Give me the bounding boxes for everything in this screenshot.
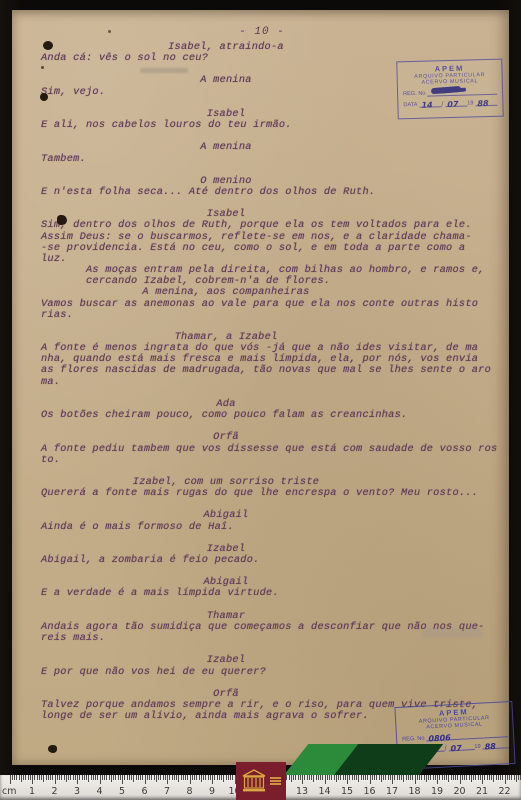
ruler-tick bbox=[448, 775, 449, 782]
ruler-tick bbox=[507, 775, 508, 780]
dialogue-block: AbigailAinda é o mais formoso de Haî. bbox=[41, 510, 506, 532]
ruler-tick bbox=[433, 775, 434, 780]
ruler-number: 1 bbox=[23, 786, 41, 797]
dialogue-block: A menina, aos companheirasVamos buscar a… bbox=[41, 287, 506, 320]
ruler-tick bbox=[439, 775, 440, 780]
ruler-tick bbox=[46, 775, 47, 780]
dialogue-block: A meninaTambem. bbox=[41, 142, 506, 164]
ruler-tick bbox=[482, 775, 483, 784]
script-line: E a verdade é a mais límpida virtude. bbox=[41, 588, 506, 599]
ruler-tick bbox=[131, 775, 132, 780]
ruler-tick bbox=[451, 775, 452, 780]
ink-dot bbox=[41, 66, 44, 69]
script-line: Sim, dentro dos olhos de Ruth, porque el… bbox=[41, 220, 506, 231]
ruler-tick bbox=[349, 775, 350, 780]
ruler-tick bbox=[55, 775, 56, 784]
ruler-tick bbox=[156, 775, 157, 782]
ruler-tick bbox=[421, 775, 422, 780]
ruler-tick bbox=[61, 775, 62, 780]
ruler-tick bbox=[484, 775, 485, 780]
handwritten-year: 88 bbox=[483, 742, 499, 752]
ruler-tick bbox=[232, 775, 233, 780]
ruler-tick bbox=[39, 775, 40, 780]
ruler-tick bbox=[95, 775, 96, 780]
ruler-tick bbox=[70, 775, 71, 780]
ruler-tick bbox=[473, 775, 474, 780]
ruler-tick bbox=[489, 775, 490, 780]
ruler-tick bbox=[430, 775, 431, 780]
ruler-tick bbox=[19, 775, 20, 780]
measurement-ruler: cm 1234567891013141516171819202122 bbox=[0, 775, 521, 800]
ruler-tick bbox=[149, 775, 150, 780]
ruler-tick bbox=[460, 775, 461, 784]
ruler-tick bbox=[322, 775, 323, 780]
ruler-tick bbox=[30, 775, 31, 780]
ruler-tick bbox=[410, 775, 411, 780]
script-line: -se providencia. Está no ceu, como o sol… bbox=[41, 243, 506, 254]
ruler-tick bbox=[93, 775, 94, 780]
ruler-tick bbox=[52, 775, 53, 780]
ruler-tick bbox=[462, 775, 463, 780]
paper-stain bbox=[422, 628, 482, 638]
ruler-tick bbox=[14, 775, 15, 780]
institution-logo bbox=[236, 762, 286, 800]
ruler-tick bbox=[487, 775, 488, 780]
ruler-tick bbox=[307, 775, 308, 780]
script-line: E n'esta folha seca... Até dentro dos ol… bbox=[41, 187, 506, 198]
ruler-number: 21 bbox=[473, 786, 491, 797]
ruler-tick bbox=[160, 775, 161, 780]
ruler-tick bbox=[185, 775, 186, 780]
punch-hole bbox=[40, 93, 48, 101]
ruler-tick bbox=[437, 775, 438, 784]
ruler-tick bbox=[178, 775, 179, 782]
script-line: to. bbox=[41, 455, 506, 466]
printed-year-prefix: 19 bbox=[474, 744, 481, 750]
ruler-tick bbox=[151, 775, 152, 780]
ruler-tick bbox=[493, 775, 494, 782]
ruler-tick bbox=[68, 775, 69, 780]
ruler-tick bbox=[25, 775, 26, 780]
ruler-tick bbox=[406, 775, 407, 780]
ruler-tick bbox=[480, 775, 481, 780]
script-line: E ali, nos cabelos louros do teu irmão. bbox=[41, 120, 506, 131]
ruler-tick bbox=[59, 775, 60, 780]
ruler-number: 14 bbox=[316, 786, 334, 797]
ruler-tick bbox=[340, 775, 341, 780]
ruler-tick bbox=[511, 775, 512, 780]
script-line: As moças entram pela direita, com bilhas… bbox=[86, 265, 501, 287]
ruler-tick bbox=[442, 775, 443, 780]
dialogue-block: Izabel, com um sorriso tristeQuererá a f… bbox=[41, 477, 506, 499]
pencil-smudge bbox=[140, 68, 188, 73]
ruler-tick bbox=[115, 775, 116, 780]
ruler-tick bbox=[174, 775, 175, 780]
ink-dot bbox=[108, 30, 111, 33]
ruler-tick bbox=[208, 775, 209, 780]
ruler-tick bbox=[392, 775, 393, 784]
ruler-tick bbox=[419, 775, 420, 780]
ruler-tick bbox=[172, 775, 173, 780]
reg-blank: 0806 bbox=[426, 729, 508, 741]
punch-hole bbox=[57, 215, 67, 225]
ruler-tick bbox=[109, 775, 110, 780]
script-line: Quererá a fonte mais rugas do que lhe en… bbox=[41, 488, 506, 499]
ruler-tick bbox=[57, 775, 58, 780]
ruler-tick bbox=[122, 775, 123, 784]
ruler-tick bbox=[127, 775, 128, 780]
ruler-tick bbox=[327, 775, 328, 780]
ruler-tick bbox=[505, 775, 506, 784]
script-line: Tambem. bbox=[41, 154, 506, 165]
ruler-tick bbox=[457, 775, 458, 780]
ruler-tick bbox=[379, 775, 380, 780]
ruler-tick bbox=[190, 775, 191, 784]
ruler-tick bbox=[50, 775, 51, 780]
speaker-heading: A menina bbox=[41, 75, 411, 86]
ruler-tick bbox=[192, 775, 193, 780]
ruler-tick bbox=[167, 775, 168, 784]
ruler-tick bbox=[230, 775, 231, 780]
ruler-tick bbox=[347, 775, 348, 784]
ruler-tick bbox=[331, 775, 332, 780]
ruler-tick bbox=[446, 775, 447, 780]
institution-building-icon bbox=[241, 769, 267, 793]
ruler-tick bbox=[136, 775, 137, 780]
dialogue-block: IsabelSim, dentro dos olhos de Ruth, por… bbox=[41, 209, 506, 265]
ruler-tick bbox=[354, 775, 355, 780]
scanner-bed: - 10 - APEM ARQUIVO PARTICULAR ACERVO MU… bbox=[0, 0, 521, 800]
ruler-tick bbox=[428, 775, 429, 780]
ruler-tick bbox=[316, 775, 317, 780]
speaker-heading: A menina bbox=[41, 142, 411, 153]
ruler-tick bbox=[64, 775, 65, 780]
ruler-tick bbox=[518, 775, 519, 780]
ruler-tick bbox=[417, 775, 418, 780]
ruler-tick bbox=[498, 775, 499, 780]
ruler-number: 9 bbox=[203, 786, 221, 797]
ruler-number: 6 bbox=[136, 786, 154, 797]
ruler-tick bbox=[352, 775, 353, 780]
ruler-tick bbox=[43, 775, 44, 782]
script-line: ma. bbox=[41, 377, 506, 388]
ruler-tick bbox=[118, 775, 119, 780]
ruler-tick bbox=[194, 775, 195, 780]
ruler-tick bbox=[444, 775, 445, 780]
ruler-tick bbox=[365, 775, 366, 780]
ruler-tick bbox=[32, 775, 33, 784]
ruler-tick bbox=[165, 775, 166, 780]
ruler-tick bbox=[343, 775, 344, 780]
ruler-tick bbox=[145, 775, 146, 784]
ruler-tick bbox=[311, 775, 312, 780]
ruler-tick bbox=[16, 775, 17, 780]
ruler-tick bbox=[300, 775, 301, 780]
ruler-tick bbox=[302, 775, 303, 784]
ruler-tick bbox=[356, 775, 357, 780]
ruler-tick bbox=[435, 775, 436, 780]
ruler-tick bbox=[77, 775, 78, 784]
ruler-tick bbox=[334, 775, 335, 780]
ruler-tick bbox=[138, 775, 139, 780]
ruler-tick bbox=[100, 775, 101, 784]
script-line: A fonte pediu tambem que vos dissesse qu… bbox=[41, 444, 506, 455]
dialogue-block: Isabel, atraindo-aAnda cá: vês o sol no … bbox=[41, 42, 506, 64]
script-line: Anda cá: vês o sol no ceu? bbox=[41, 53, 506, 64]
ruler-tick bbox=[111, 775, 112, 782]
ruler-tick bbox=[37, 775, 38, 780]
ruler-tick bbox=[293, 775, 294, 780]
ruler-tick bbox=[41, 775, 42, 780]
ruler-tick bbox=[142, 775, 143, 780]
ruler-tick bbox=[329, 775, 330, 780]
ruler-tick bbox=[399, 775, 400, 780]
dialogue-block: A meninaSim, vejo. bbox=[41, 75, 506, 97]
dialogue-block: IsabelE ali, nos cabelos louros do teu i… bbox=[41, 109, 506, 131]
ruler-tick bbox=[397, 775, 398, 780]
ruler-unit-label: cm bbox=[2, 786, 16, 797]
dialogue-block: IzabelE por que não vos hei de eu querer… bbox=[41, 655, 506, 677]
ruler-tick bbox=[464, 775, 465, 780]
ruler-tick bbox=[154, 775, 155, 780]
ruler-tick bbox=[318, 775, 319, 780]
ruler-tick bbox=[73, 775, 74, 780]
ruler-tick bbox=[455, 775, 456, 780]
ruler-number: 16 bbox=[361, 786, 379, 797]
speaker-heading: A menina, aos companheiras bbox=[41, 287, 411, 298]
ruler-tick bbox=[295, 775, 296, 780]
ruler-tick bbox=[104, 775, 105, 780]
ruler-tick bbox=[401, 775, 402, 780]
script-line: as flores nascidas de madrugada, tão nov… bbox=[41, 365, 506, 376]
ruler-number: 2 bbox=[46, 786, 64, 797]
ruler-tick bbox=[219, 775, 220, 780]
ruler-tick bbox=[176, 775, 177, 780]
logo-text-lines bbox=[270, 777, 281, 785]
script-line: Vamos buscar as anemonas ao vale para qu… bbox=[41, 299, 506, 310]
script-line: Abigail, a zombaria é feio pecado. bbox=[41, 555, 506, 566]
ruler-tick bbox=[338, 775, 339, 780]
ruler-tick bbox=[140, 775, 141, 780]
ruler-tick bbox=[496, 775, 497, 780]
ruler-tick bbox=[147, 775, 148, 780]
year-blank: 88 bbox=[482, 740, 508, 749]
ruler-number: 5 bbox=[113, 786, 131, 797]
ruler-tick bbox=[158, 775, 159, 780]
ruler-tick bbox=[79, 775, 80, 780]
ruler-tick bbox=[106, 775, 107, 780]
ruler-tick bbox=[84, 775, 85, 780]
script-line: Ainda é o mais formoso de Haî. bbox=[41, 522, 506, 533]
dialogue-block: AbigailE a verdade é a mais límpida virt… bbox=[41, 577, 506, 599]
ruler-tick bbox=[502, 775, 503, 780]
speaker-heading: Orfã bbox=[41, 432, 411, 443]
ruler-tick bbox=[394, 775, 395, 780]
ruler-tick bbox=[66, 775, 67, 782]
ruler-tick bbox=[163, 775, 164, 780]
dialogue-block: Thamar, a IzabelA fonte é menos ingrata … bbox=[41, 332, 506, 388]
ruler-number: 3 bbox=[68, 786, 86, 797]
ruler-tick bbox=[214, 775, 215, 780]
ruler-tick bbox=[361, 775, 362, 780]
ruler-tick bbox=[388, 775, 389, 780]
ruler-tick bbox=[336, 775, 337, 782]
ruler-tick bbox=[133, 775, 134, 782]
ruler-tick bbox=[376, 775, 377, 780]
ruler-tick bbox=[291, 775, 292, 782]
dialogue-block: OrfãA fonte pediu tambem que vos dissess… bbox=[41, 432, 506, 465]
ruler-tick bbox=[23, 775, 24, 780]
ruler-tick bbox=[201, 775, 202, 782]
ruler-number: 13 bbox=[293, 786, 311, 797]
ruler-tick bbox=[385, 775, 386, 780]
ruler-tick bbox=[403, 775, 404, 782]
ruler-tick bbox=[289, 775, 290, 780]
ruler-tick bbox=[217, 775, 218, 780]
ruler-tick bbox=[345, 775, 346, 780]
ruler-tick bbox=[91, 775, 92, 780]
ruler-tick bbox=[424, 775, 425, 780]
ruler-tick bbox=[412, 775, 413, 780]
month-blank: 07 bbox=[448, 742, 474, 751]
document-page: - 10 - APEM ARQUIVO PARTICULAR ACERVO MU… bbox=[12, 10, 509, 765]
ruler-number: 15 bbox=[338, 786, 356, 797]
ruler-tick bbox=[453, 775, 454, 780]
ruler-tick bbox=[363, 775, 364, 780]
ruler-tick bbox=[181, 775, 182, 780]
ruler-tick bbox=[298, 775, 299, 780]
ruler-tick bbox=[367, 775, 368, 780]
ruler-tick bbox=[48, 775, 49, 780]
handwritten-reg-number: 0806 bbox=[426, 733, 453, 743]
page-number: - 10 - bbox=[202, 26, 322, 38]
ruler-tick bbox=[210, 775, 211, 780]
ruler-tick bbox=[129, 775, 130, 780]
ruler-tick bbox=[313, 775, 314, 782]
ruler-tick bbox=[469, 775, 470, 780]
ruler-tick bbox=[124, 775, 125, 780]
ruler-tick bbox=[12, 775, 13, 780]
ruler-tick bbox=[226, 775, 227, 780]
ruler-number: 19 bbox=[428, 786, 446, 797]
speaker-heading: Izabel bbox=[41, 655, 411, 666]
ruler-tick bbox=[309, 775, 310, 780]
ruler-tick bbox=[187, 775, 188, 780]
ruler-tick bbox=[10, 775, 11, 784]
ruler-tick bbox=[97, 775, 98, 780]
script-line: Os botões cheiram pouco, como pouco fala… bbox=[41, 410, 506, 421]
stage-direction: As moças entram pela direita, com bilhas… bbox=[41, 265, 506, 287]
ruler-number: 7 bbox=[158, 786, 176, 797]
ruler-tick bbox=[491, 775, 492, 780]
date-slash: / bbox=[445, 745, 447, 752]
ruler-tick bbox=[223, 775, 224, 782]
ruler-number: 20 bbox=[451, 786, 469, 797]
ruler-tick bbox=[228, 775, 229, 780]
ruler-number: 22 bbox=[496, 786, 514, 797]
ruler-tick bbox=[304, 775, 305, 780]
ruler-tick bbox=[415, 775, 416, 784]
ruler-tick bbox=[383, 775, 384, 780]
ruler-tick bbox=[358, 775, 359, 782]
script-line: E por que não vos hei de eu querer? bbox=[41, 667, 506, 678]
ruler-tick bbox=[75, 775, 76, 780]
ruler-tick bbox=[205, 775, 206, 780]
handwritten-month: 07 bbox=[448, 744, 464, 754]
ruler-tick bbox=[82, 775, 83, 780]
ruler-tick bbox=[509, 775, 510, 780]
ruler-tick bbox=[21, 775, 22, 782]
ruler-tick bbox=[196, 775, 197, 780]
ruler-tick bbox=[86, 775, 87, 780]
ruler-tick bbox=[478, 775, 479, 780]
speaker-heading: Abigail bbox=[41, 510, 411, 521]
ruler-tick bbox=[500, 775, 501, 780]
dialogue-block: O meninoE n'esta folha seca... Até dentr… bbox=[41, 176, 506, 198]
punch-hole bbox=[48, 745, 57, 753]
ruler-tick bbox=[221, 775, 222, 780]
ruler-tick bbox=[183, 775, 184, 780]
ruler-tick bbox=[374, 775, 375, 780]
ruler-number: 17 bbox=[383, 786, 401, 797]
ruler-number: 8 bbox=[181, 786, 199, 797]
script-line: rias. bbox=[41, 310, 506, 321]
ruler-tick bbox=[466, 775, 467, 780]
ruler-tick bbox=[381, 775, 382, 782]
ruler-tick bbox=[514, 775, 515, 780]
ruler-tick bbox=[28, 775, 29, 780]
ruler-tick bbox=[320, 775, 321, 780]
ruler-tick bbox=[516, 775, 517, 782]
ruler-tick bbox=[212, 775, 213, 784]
ruler-tick bbox=[372, 775, 373, 780]
ruler-tick bbox=[390, 775, 391, 780]
ruler-tick bbox=[102, 775, 103, 780]
ruler-tick bbox=[88, 775, 89, 782]
ruler-tick bbox=[113, 775, 114, 780]
ruler-tick bbox=[203, 775, 204, 780]
ruler-tick bbox=[408, 775, 409, 780]
ruler-tick bbox=[286, 775, 287, 780]
ruler-tick bbox=[199, 775, 200, 780]
ruler-tick bbox=[169, 775, 170, 780]
ruler-number: 18 bbox=[406, 786, 424, 797]
reg-label: REG. No bbox=[402, 736, 425, 743]
dialogue-block: IzabelAbigail, a zombaria é feio pecado. bbox=[41, 544, 506, 566]
ruler-tick bbox=[471, 775, 472, 782]
ruler-tick bbox=[370, 775, 371, 784]
ruler-tick bbox=[475, 775, 476, 780]
ruler-tick bbox=[120, 775, 121, 780]
ruler-tick bbox=[426, 775, 427, 782]
ruler-tick bbox=[325, 775, 326, 784]
dialogue-block: AdaOs botões cheiram pouco, como pouco f… bbox=[41, 399, 506, 421]
ruler-number: 4 bbox=[91, 786, 109, 797]
punch-hole bbox=[43, 41, 53, 50]
ruler-tick bbox=[34, 775, 35, 780]
script-line: Sim, vejo. bbox=[41, 87, 506, 98]
